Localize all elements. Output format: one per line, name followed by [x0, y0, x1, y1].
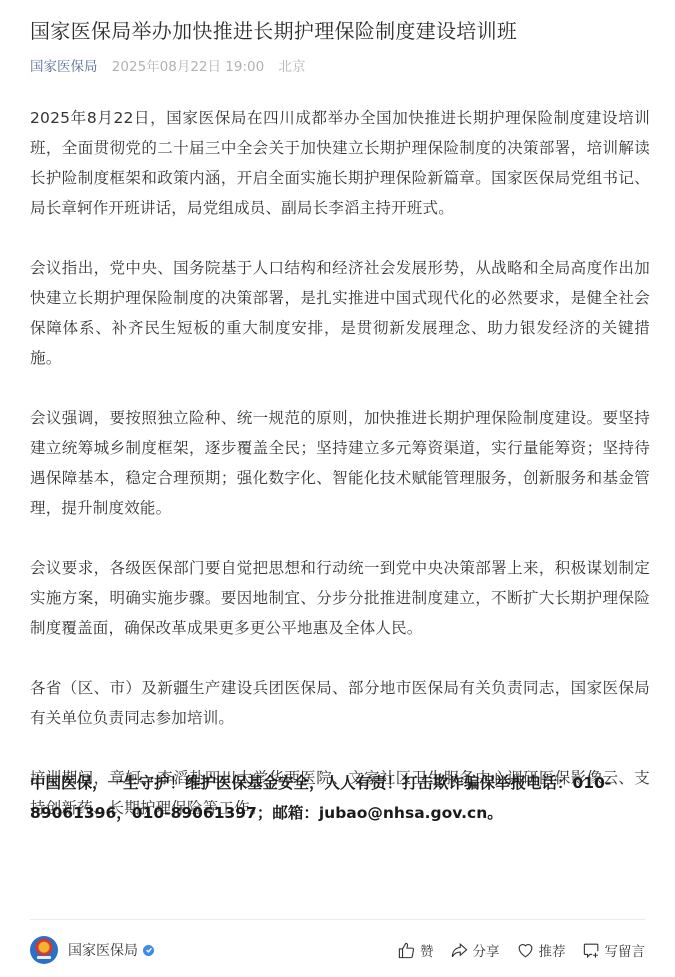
- divider: [30, 919, 645, 920]
- article-meta: 国家医保局 2025年08月22日 19:00 北京: [30, 57, 306, 77]
- paragraph: 会议强调，要按照独立险种、统一规范的原则，加快推进长期护理保险制度建设。要坚持建…: [30, 403, 650, 523]
- like-label: 赞: [420, 940, 434, 960]
- account-avatar[interactable]: [30, 936, 58, 964]
- thumbs-up-icon: [397, 941, 416, 960]
- article-body: 2025年8月22日，国家医保局在四川成都举办全国加快推进长期护理保险制度建设培…: [30, 103, 650, 853]
- comment-icon: [582, 941, 601, 960]
- article-title: 国家医保局举办加快推进长期护理保险制度建设培训班: [30, 16, 650, 46]
- share-label: 分享: [473, 940, 500, 960]
- fraud-report-notice: 中国医保，一生守护！维护医保基金安全，人人有责！打击欺诈骗保举报电话：010-8…: [30, 768, 650, 828]
- paragraph: 各省（区、市）及新疆生产建设兵团医保局、部分地市医保局有关负责同志，国家医保局有…: [30, 673, 650, 733]
- heart-icon: [516, 941, 535, 960]
- verified-badge-icon: [143, 945, 154, 956]
- like-button[interactable]: 赞: [397, 940, 434, 960]
- recommend-button[interactable]: 推荐: [516, 940, 566, 960]
- write-comment-label: 写留言: [605, 940, 646, 960]
- account-name[interactable]: 国家医保局: [68, 940, 138, 960]
- paragraph: 会议指出，党中央、国务院基于人口结构和经济社会发展形势，从战略和全局高度作出加快…: [30, 253, 650, 373]
- publish-datetime: 2025年08月22日 19:00: [112, 59, 264, 75]
- author-link[interactable]: 国家医保局: [30, 59, 98, 75]
- share-button[interactable]: 分享: [450, 940, 500, 960]
- action-bar: 赞 分享 推荐 写留言: [397, 940, 645, 960]
- article-footer-bar: 国家医保局 赞 分享 推荐 写留言: [30, 934, 645, 966]
- publish-location: 北京: [279, 59, 306, 75]
- recommend-label: 推荐: [539, 940, 566, 960]
- share-icon: [450, 941, 469, 960]
- write-comment-button[interactable]: 写留言: [582, 940, 646, 960]
- paragraph: 会议要求，各级医保部门要自觉把思想和行动统一到党中央决策部署上来，积极谋划制定实…: [30, 553, 650, 643]
- paragraph: 2025年8月22日，国家医保局在四川成都举办全国加快推进长期护理保险制度建设培…: [30, 103, 650, 223]
